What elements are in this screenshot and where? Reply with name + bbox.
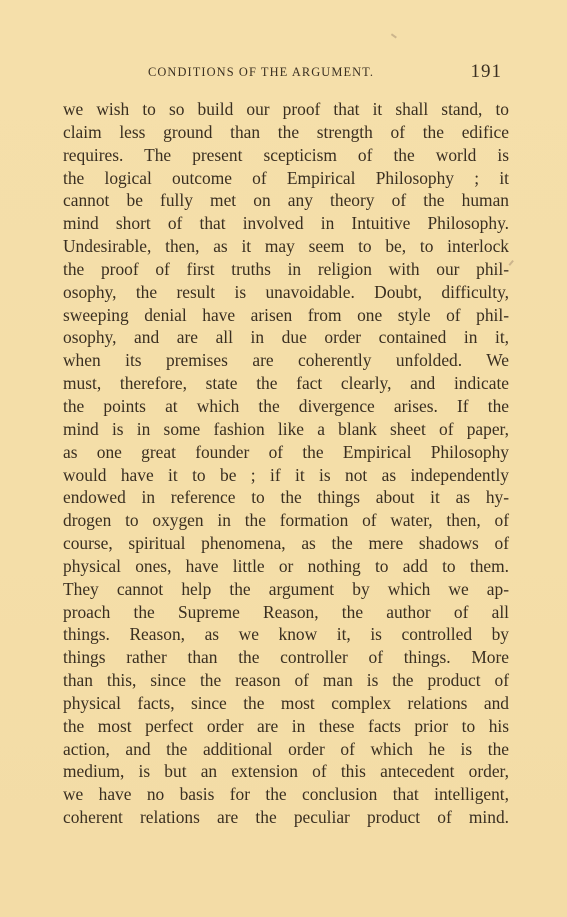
text-line: the proof of first truths in religion wi… xyxy=(63,258,509,281)
text-line: They cannot help the argument by which w… xyxy=(63,578,509,601)
text-line: we wish to so build our proof that it sh… xyxy=(63,98,509,121)
text-line: action, and the additional order of whic… xyxy=(63,738,509,761)
text-line: osophy, the result is unavoidable. Doubt… xyxy=(63,281,509,304)
text-line: things. Reason, as we know it, is contro… xyxy=(63,623,509,646)
text-line: the points at which the divergence arise… xyxy=(63,395,509,418)
text-line: as one great founder of the Empirical Ph… xyxy=(63,441,509,464)
text-line: claim less ground than the strength of t… xyxy=(63,121,509,144)
text-line: mind is in some fashion like a blank she… xyxy=(63,418,509,441)
text-line: must, therefore, state the fact clearly,… xyxy=(63,372,509,395)
text-line: physical facts, since the most complex r… xyxy=(63,692,509,715)
text-line: Undesirable, then, as it may seem to be,… xyxy=(63,235,509,258)
book-page: CONDITIONS OF THE ARGUMENT. 191 we wish … xyxy=(0,0,567,917)
text-line: drogen to oxygen in the formation of wat… xyxy=(63,509,509,532)
text-line: proach the Supreme Reason, the author of… xyxy=(63,601,509,624)
text-line: than this, since the reason of man is th… xyxy=(63,669,509,692)
text-line: would have it to be ; if it is not as in… xyxy=(63,464,509,487)
text-line: cannot be fully met on any theory of the… xyxy=(63,189,509,212)
page-number: 191 xyxy=(471,61,503,83)
text-line: osophy, and are all in due order contain… xyxy=(63,326,509,349)
text-line: when its premises are coherently unfolde… xyxy=(63,349,509,372)
paper-fleck xyxy=(508,260,513,266)
text-line: sweeping denial have arisen from one sty… xyxy=(63,304,509,327)
text-line: the logical outcome of Empirical Philoso… xyxy=(63,167,509,190)
text-line: things rather than the controller of thi… xyxy=(63,646,509,669)
text-line: mind short of that involved in Intuitive… xyxy=(63,212,509,235)
paper-fleck xyxy=(391,33,397,38)
running-head-title: CONDITIONS OF THE ARGUMENT. xyxy=(148,65,374,80)
text-line: physical ones, have little or nothing to… xyxy=(63,555,509,578)
text-line: medium, is but an extension of this ante… xyxy=(63,760,509,783)
text-line: the most perfect order are in these fact… xyxy=(63,715,509,738)
running-head: CONDITIONS OF THE ARGUMENT. 191 xyxy=(64,62,516,84)
text-line: course, spiritual phenomena, as the mere… xyxy=(63,532,509,555)
text-line: endowed in reference to the things about… xyxy=(63,486,509,509)
text-line: requires. The present scepticism of the … xyxy=(63,144,509,167)
text-line: we have no basis for the conclusion that… xyxy=(63,783,509,806)
text-line: coherent relations are the peculiar prod… xyxy=(63,806,509,829)
body-text: we wish to so build our proof that it sh… xyxy=(63,98,509,829)
